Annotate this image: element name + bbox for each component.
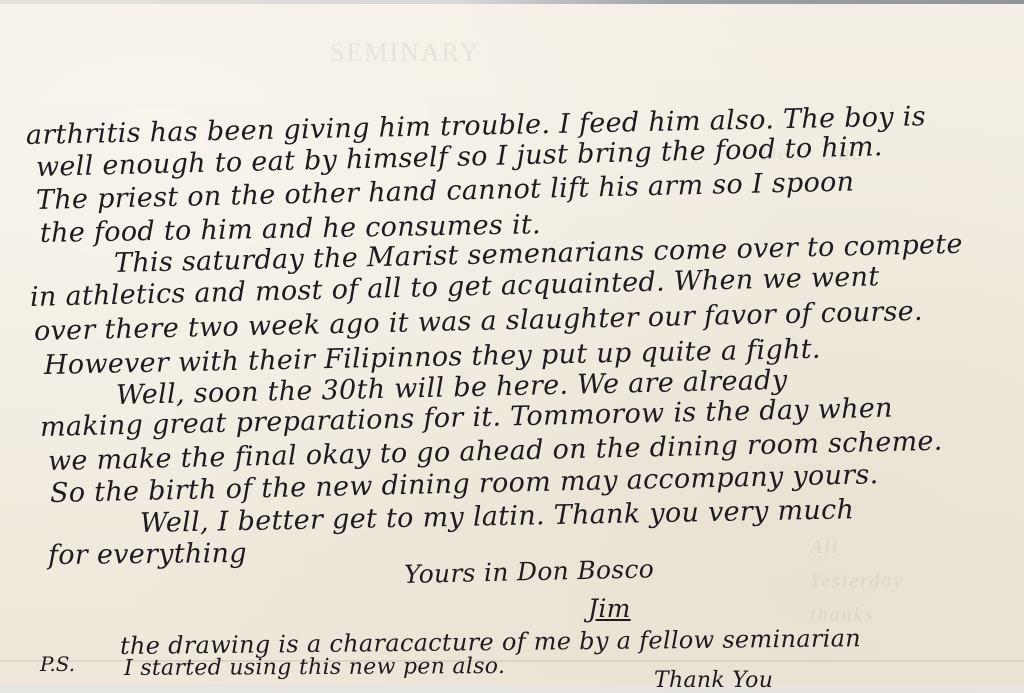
scan-bottom-edge bbox=[0, 684, 1024, 693]
letter-page: SEMINARY Dear Dad All Yesterday thanks a… bbox=[0, 0, 1024, 693]
show-through-text-block: All Yesterday thanks bbox=[810, 530, 904, 632]
scan-top-edge bbox=[0, 0, 1024, 4]
letter-line: for everything bbox=[48, 538, 247, 571]
show-through-letterhead: SEMINARY bbox=[330, 38, 480, 68]
letter-signature: Jim bbox=[588, 594, 631, 623]
postscript-label: P.S. bbox=[40, 652, 75, 676]
postscript-sign-off: Thank You bbox=[654, 668, 773, 693]
letter-closing: Yours in Don Bosco bbox=[404, 554, 655, 589]
postscript-line: I started using this new pen also. bbox=[124, 654, 505, 681]
